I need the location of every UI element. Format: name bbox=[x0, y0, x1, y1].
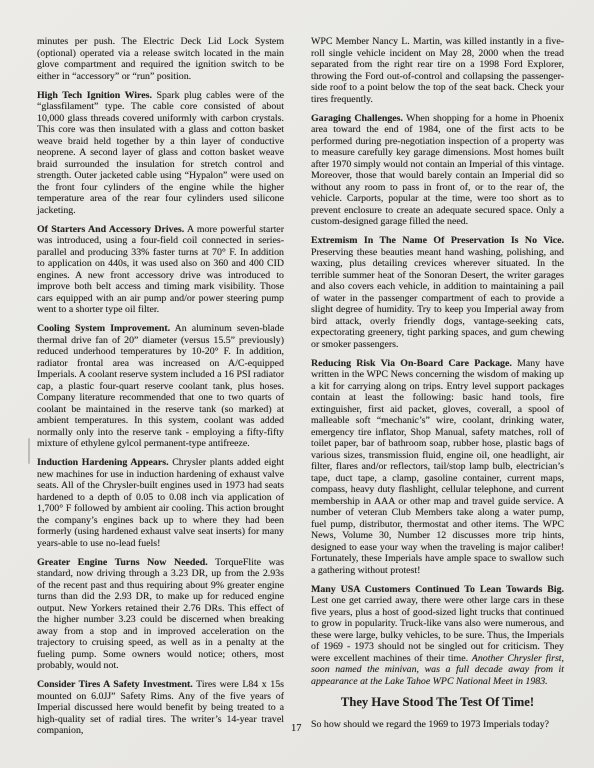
paragraph: High Tech Ignition Wires. Spark plug cab… bbox=[37, 90, 284, 217]
paragraph: Cooling System Improvement. An aluminum … bbox=[37, 323, 284, 450]
paragraph-text: Spark plug cables were of the “glassfila… bbox=[37, 90, 284, 216]
section-heading: Extremism In The Name Of Preservation Is… bbox=[311, 235, 564, 246]
paragraph-text: TorqueFlite was standard, now driving th… bbox=[37, 557, 284, 672]
paragraph: Extremism In The Name Of Preservation Is… bbox=[311, 235, 564, 350]
paragraph-text: WPC Member Nancy L. Martin, was killed i… bbox=[311, 36, 564, 105]
paragraph: WPC Member Nancy L. Martin, was killed i… bbox=[311, 36, 564, 105]
section-heading: Of Starters And Accessory Drives. bbox=[37, 224, 184, 235]
paragraph: Garaging Challenges. When shopping for a… bbox=[311, 113, 564, 228]
section-heading: Many USA Customers Continued To Lean Tow… bbox=[311, 584, 564, 595]
paragraph: Of Starters And Accessory Drives. A more… bbox=[37, 224, 284, 316]
document-page: minutes per push. The Electric Deck Lid … bbox=[0, 0, 594, 768]
section-heading: Reducing Risk Via On-Board Care Package. bbox=[311, 358, 512, 369]
paragraph-text: Many have written in the WPC News concer… bbox=[311, 358, 564, 576]
paragraph: Reducing Risk Via On-Board Care Package.… bbox=[311, 358, 564, 577]
paragraph-text: An aluminum seven-blade thermal drive fa… bbox=[37, 323, 284, 449]
section-heading: High Tech Ignition Wires. bbox=[37, 90, 152, 101]
scan-artifact-mark bbox=[28, 438, 30, 464]
paragraph-text: When shopping for a home in Phoenix area… bbox=[311, 113, 564, 228]
section-heading: Consider Tires A Safety Investment. bbox=[37, 679, 193, 690]
paragraph: Consider Tires A Safety Investment. Tire… bbox=[37, 679, 284, 737]
right-column: WPC Member Nancy L. Martin, was killed i… bbox=[311, 36, 564, 738]
paragraph: minutes per push. The Electric Deck Lid … bbox=[37, 36, 284, 82]
closing-line: So how should we regard the 1969 to 1973… bbox=[311, 719, 564, 731]
section-heading: Garaging Challenges. bbox=[311, 113, 403, 124]
section-heading: Cooling System Improvement. bbox=[37, 323, 170, 334]
paragraph-text: So how should we regard the 1969 to 1973… bbox=[311, 719, 549, 730]
paragraph: Greater Engine Turns Now Needed. TorqueF… bbox=[37, 557, 284, 672]
page-number: 17 bbox=[291, 723, 302, 734]
paragraph-text: Chrysler plants added eight new machines… bbox=[37, 457, 284, 549]
closing-heading: They Have Stood The Test Of Time! bbox=[311, 695, 564, 710]
paragraph-text: Preserving these beauties meant hand was… bbox=[311, 247, 564, 350]
paragraph-text: minutes per push. The Electric Deck Lid … bbox=[37, 36, 284, 82]
section-heading: Greater Engine Turns Now Needed. bbox=[37, 557, 208, 568]
section-heading: Induction Hardening Appears. bbox=[37, 457, 169, 468]
paragraph-text: A more powerful starter was introduced, … bbox=[37, 224, 284, 316]
paragraph: Many USA Customers Continued To Lean Tow… bbox=[311, 584, 564, 688]
left-column: minutes per push. The Electric Deck Lid … bbox=[37, 36, 284, 744]
paragraph: Induction Hardening Appears. Chrysler pl… bbox=[37, 457, 284, 549]
